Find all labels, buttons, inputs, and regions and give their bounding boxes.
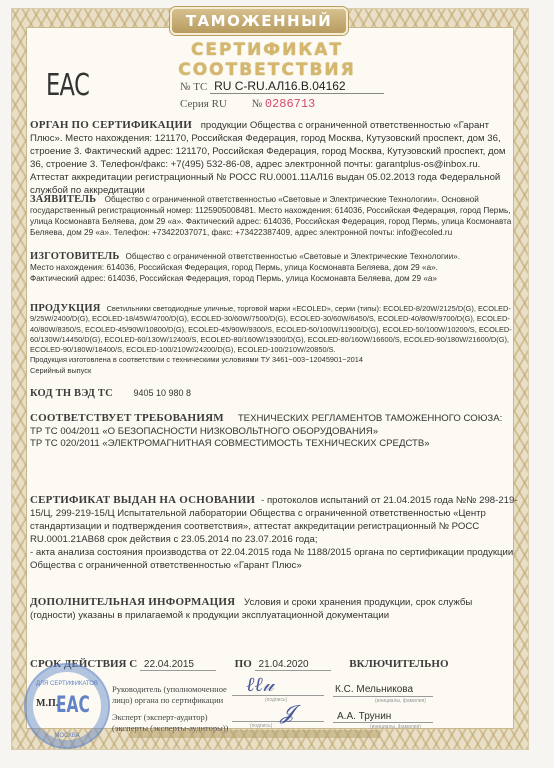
product-tech-conditions: Продукция изготовлена в соответствии с т… [30, 355, 518, 365]
expert-signature-caption: (подпись) [250, 723, 272, 729]
certification-body-heading: ОРГАН ПО СЕРТИФИКАЦИИ [30, 119, 192, 131]
additional-info-section: ДОПОЛНИТЕЛЬНАЯ ИНФОРМАЦИЯ Условия и срок… [30, 596, 518, 622]
requirement-tr-ts-004: ТР ТС 004/2011 «О БЕЗОПАСНОСТИ НИЗКОВОЛЬ… [30, 426, 518, 439]
validity-row: СРОК ДЕЙСТВИЯ С 22.04.2015 ПО 21.04.2020… [30, 658, 518, 671]
hs-code-value: 9405 10 980 8 [133, 388, 191, 398]
stamp-city: МОСКВА [26, 733, 108, 739]
expert-label-line1: Эксперт (эксперт-аудитор) [112, 712, 228, 723]
series-label: Серия [180, 98, 209, 110]
series-value: RU [212, 98, 227, 110]
validity-from-date: 22.04.2015 [140, 659, 216, 671]
basis-section: СЕРТИФИКАТ ВЫДАН НА ОСНОВАНИИ- протоколо… [30, 494, 518, 572]
applicant-section: ЗАЯВИТЕЛЬ Общество с ограниченной ответс… [30, 194, 518, 238]
hs-code-heading: КОД ТН ВЭД ТС [30, 388, 113, 399]
head-signatory-name: К.С. Мельникова [335, 684, 413, 695]
applicant-heading: ЗАЯВИТЕЛЬ [30, 194, 96, 205]
validity-to-date: 21.04.2020 [255, 659, 331, 671]
manufacturer-text: Общество с ограниченной ответственностью… [126, 252, 460, 261]
customs-union-badge: ТАМОЖЕННЫЙ СОЮЗ [170, 7, 348, 35]
eac-logo: ЕАС [46, 68, 89, 103]
stamp-top-text: ДЛЯ СЕРТИФИКАТОВ [26, 681, 108, 687]
validity-to-label: ПО [235, 658, 252, 670]
head-name-line [333, 696, 433, 697]
tc-number-label: № ТС [180, 81, 207, 93]
head-label-line2: лицо) органа по сертификации [112, 695, 227, 706]
serial-number-label: № [252, 98, 263, 110]
product-section: ПРОДУКЦИЯСветильники светодиодные уличны… [30, 304, 518, 376]
series-row: Серия RU № 0286713 [180, 97, 315, 111]
expert-name-line [333, 722, 433, 723]
product-text: Светильники светодиодные уличные, торгов… [30, 304, 512, 354]
product-heading: ПРОДУКЦИЯ [30, 303, 101, 314]
product-serial-release: Серийный выпуск [30, 366, 518, 376]
manufacturer-section: ИЗГОТОВИТЕЛЬОбщество с ограниченной отве… [30, 251, 518, 284]
head-label-line1: Руководитель (уполномоченное [112, 684, 227, 695]
hs-code-section: КОД ТН ВЭД ТС 9405 10 980 8 [30, 388, 518, 399]
expert-signature: 𝓙 [280, 700, 294, 724]
expert-signature-line [232, 721, 324, 722]
serial-number-value: 0286713 [265, 97, 315, 111]
applicant-text: Общество с ограниченной ответственностью… [30, 195, 511, 237]
certification-stamp: ДЛЯ СЕРТИФИКАТОВ М.П. ЕАС МОСКВА [24, 663, 110, 749]
basis-heading: СЕРТИФИКАТ ВЫДАН НА ОСНОВАНИИ [30, 494, 255, 506]
certificate-title: СЕРТИФИКАТ СООТВЕТСТВИЯ [142, 40, 392, 80]
stamp-eac-logo: ЕАС [56, 693, 90, 718]
additional-info-heading: ДОПОЛНИТЕЛЬНАЯ ИНФОРМАЦИЯ [30, 596, 235, 608]
requirements-text: ТЕХНИЧЕСКИХ РЕГЛАМЕНТОВ ТАМОЖЕННОГО СОЮЗ… [238, 413, 502, 424]
head-signature: ℓℓ𝓊 [246, 672, 274, 697]
tc-number-row: № ТС RU C-RU.АЛ16.В.04162 [180, 79, 384, 94]
validity-inclusive-label: ВКЛЮЧИТЕЛЬНО [349, 658, 448, 670]
expert-signatory-name: А.А. Трунин [337, 711, 391, 722]
manufacturer-heading: ИЗГОТОВИТЕЛЬ [30, 251, 120, 262]
head-name-caption: (инициалы, фамилия) [375, 698, 426, 704]
manufacturer-actual-address: Фактический адрес: 614036, Российская Фе… [30, 273, 518, 284]
certification-body-text: продукции Общества с ограниченной ответс… [30, 120, 506, 196]
certification-body-section: ОРГАН ПО СЕРТИФИКАЦИИ продукции Общества… [30, 119, 518, 197]
basis-production-analysis: - акта анализа состояния производства от… [30, 546, 518, 572]
stamp-mp-label: М.П. [36, 698, 58, 709]
head-signatory-label: Руководитель (уполномоченное лицо) орган… [112, 684, 227, 706]
requirement-tr-ts-020: ТР ТС 020/2011 «ЭЛЕКТРОМАГНИТНАЯ СОВМЕСТ… [30, 438, 518, 451]
tc-number-value: RU C-RU.АЛ16.В.04162 [210, 79, 384, 94]
requirements-section: СООТВЕТСТВУЕТ ТРЕБОВАНИЯМТЕХНИЧЕСКИХ РЕГ… [30, 412, 518, 451]
footer-print-strip [130, 730, 380, 738]
requirements-heading: СООТВЕТСТВУЕТ ТРЕБОВАНИЯМ [30, 412, 224, 424]
manufacturer-location: Место нахождения: 614036, Российская Фед… [30, 262, 518, 273]
